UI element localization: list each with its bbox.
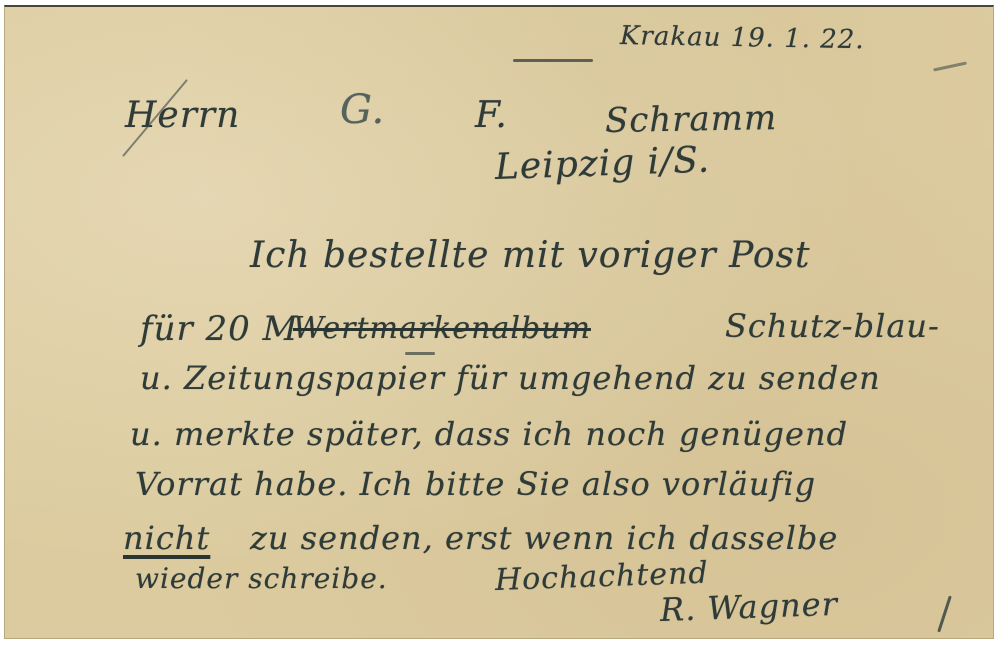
address-surname: Schramm: [605, 98, 778, 141]
body-line-3: u. Zeitungspapier für umgehend zu senden: [140, 359, 881, 397]
address-city: Leipzig i/S.: [494, 140, 711, 188]
body-line-1: Ich bestellte mit voriger Post: [250, 235, 811, 276]
insertion-mark: [405, 352, 435, 355]
body-line-6: zu senden, erst wenn ich dasselbe: [250, 519, 838, 557]
address-name-initial-2: F.: [475, 95, 508, 136]
body-line-2-struck-word: Wertmarkenalbum: [293, 311, 591, 346]
body-line-2b: Schutz-blau-: [725, 307, 940, 345]
dateline: Krakau 19. 1. 22.: [620, 21, 865, 55]
body-line-6-underlined-word: nicht: [123, 519, 210, 557]
address-stroke: [513, 59, 593, 62]
signature-flourish: [937, 595, 952, 632]
postcard: Krakau 19. 1. 22. Herrn G. F. Schramm Le…: [4, 5, 994, 639]
address-name-initial-1: G.: [340, 87, 385, 133]
signature: R. Wagner: [659, 585, 838, 629]
dateline-flourish: [933, 61, 967, 71]
body-line-5: Vorrat habe. Ich bitte Sie also vorläufi…: [135, 465, 816, 503]
body-line-7: wieder schreibe.: [135, 562, 388, 595]
body-line-4: u. merkte später, dass ich noch genügend: [130, 415, 848, 453]
body-line-2a: für 20 M: [140, 309, 298, 349]
